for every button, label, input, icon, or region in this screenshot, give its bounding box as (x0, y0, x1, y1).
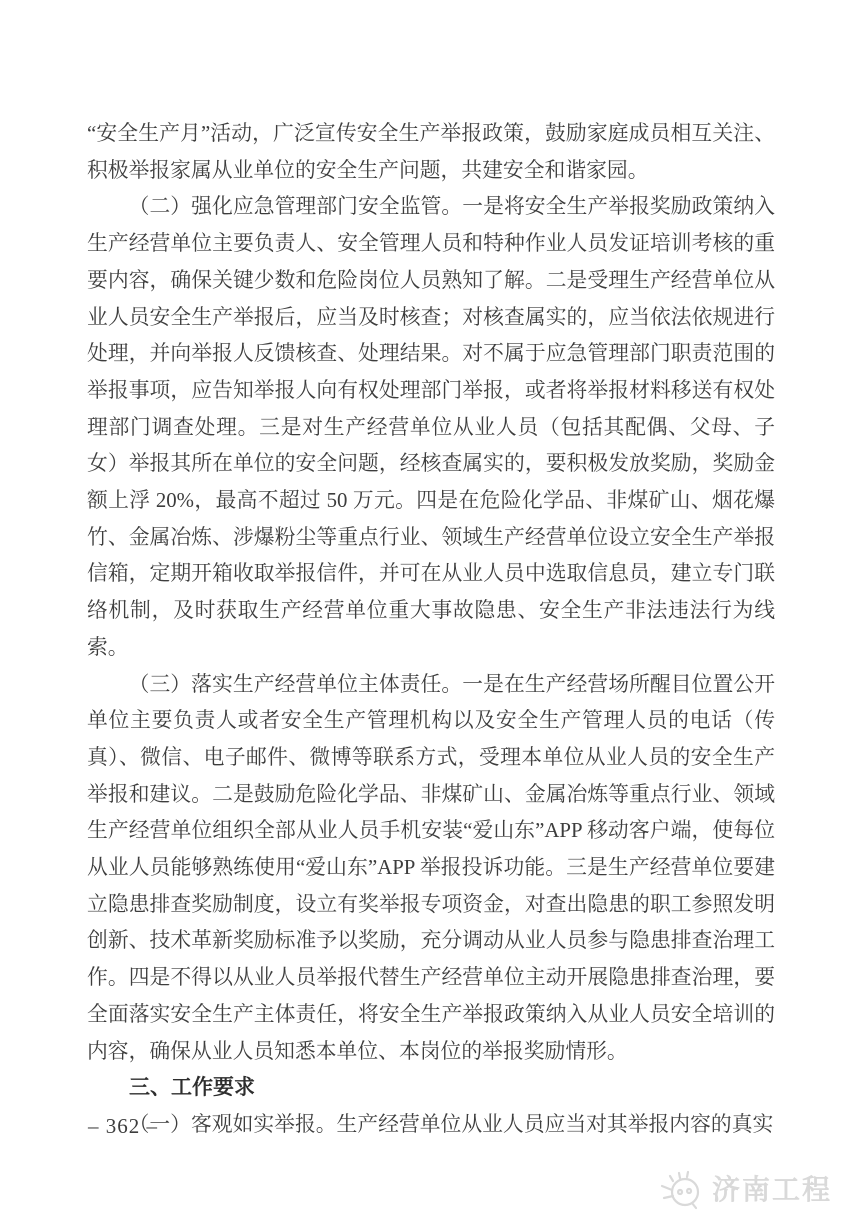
document-page: “安全生产月”活动，广泛宣传安全生产举报政策，鼓励家庭成员相互关注、积极举报家属… (0, 0, 856, 1225)
watermark: 济南工程 (658, 1166, 832, 1210)
paragraph-section-3: （三）落实生产经营单位主体责任。一是在生产经营场所醒目位置公开单位主要负责人或者… (87, 667, 775, 1071)
watermark-label: 济南工程 (712, 1168, 832, 1208)
page-number: – 362 – (88, 1114, 158, 1139)
document-body: “安全生产月”活动，广泛宣传安全生产举报政策，鼓励家庭成员相互关注、积极举报家属… (87, 116, 775, 1144)
paragraph-section-1-requirements: （一）客观如实举报。生产经营单位从业人员应当对其举报内容的真实 (87, 1107, 775, 1144)
paragraph-section-2: （二）强化应急管理部门安全监管。一是将安全生产举报奖励政策纳入生产经营单位主要负… (87, 189, 775, 666)
megaphone-icon (658, 1166, 706, 1210)
paragraph-continuation: “安全生产月”活动，广泛宣传安全生产举报政策，鼓励家庭成员相互关注、积极举报家属… (87, 116, 775, 189)
section-heading: 三、工作要求 (87, 1070, 775, 1107)
